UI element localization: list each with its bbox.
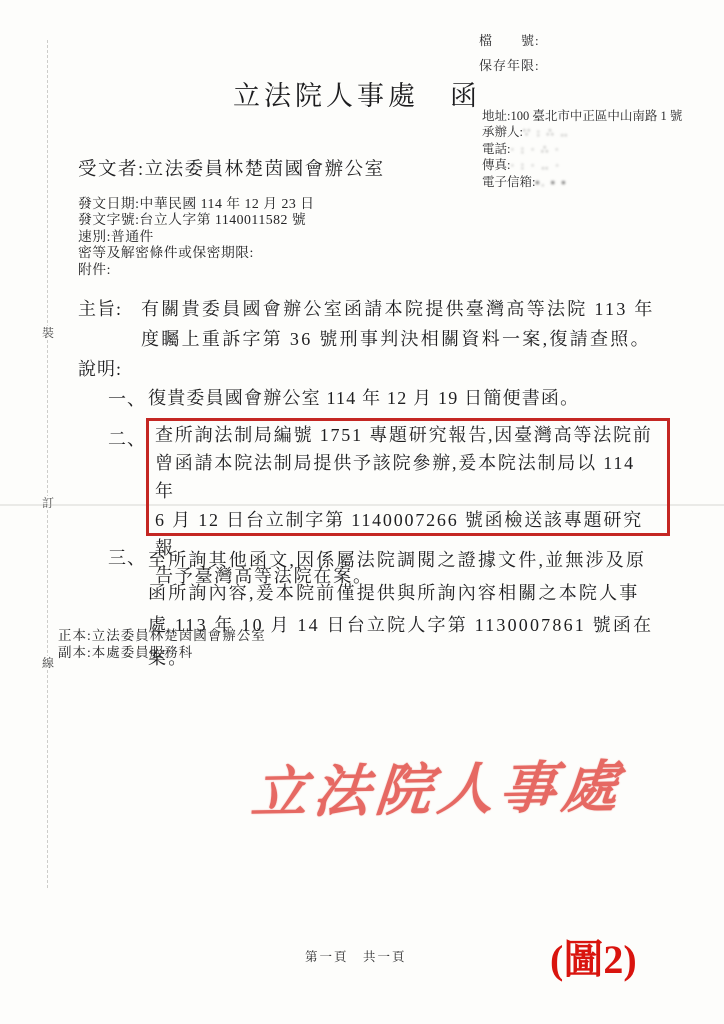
address-line: 地址:100 臺北市中正區中山南路 1 號 (482, 109, 682, 125)
binding-char-ding: 訂 (38, 496, 58, 510)
attachment-line: 附件: (78, 262, 315, 278)
email-label: 電子信箱: (482, 175, 535, 189)
subject-row: 主旨: 有關貴委員國會辦公室函請本院提供臺灣高等法院 113 年 度矚上重訴字第… (78, 295, 671, 354)
binding-dashed-line (47, 40, 48, 888)
phone-row: 電話:· : · ∴ · (482, 142, 682, 159)
explanation-item-1: 一、 復貴委員國會辦公室 114 年 12 月 19 日簡便書函。 (108, 385, 579, 411)
document-title: 立法院人事處 函 (0, 74, 714, 113)
phone-redacted: · : · ∴ · (510, 144, 560, 156)
explanation-label: 說明: (78, 355, 122, 381)
figure-2-label: (圖2) (550, 928, 637, 985)
email-row: 電子信箱:▪. ▪ ▪ (482, 175, 682, 192)
issue-date-line: 發文日期:中華民國 114 年 12 月 23 日 (78, 196, 315, 212)
email-redacted: ▪. ▪ ▪ (535, 177, 567, 189)
fax-row: 傳真:· : · ‥ · (482, 158, 682, 175)
subject-text: 有關貴委員國會辦公室函請本院提供臺灣高等法院 113 年 度矚上重訴字第 36 … (141, 295, 671, 354)
binding-char-zhuang: 裝 (38, 326, 58, 340)
phone-label: 電話: (482, 142, 510, 156)
recipient-line: 受文者:立法委員林楚茵國會辦公室 (78, 155, 385, 181)
red-highlight-box: 查所詢法制局編號 1751 專題研究報告,因臺灣高等法院前 曾函請本院法制局提供… (146, 418, 670, 536)
scanned-letter-page: 裝 訂 線 檔 號: 保存年限: 立法院人事處 函 地址:100 臺北市中正區中… (0, 0, 724, 1024)
subject-label: 主旨: (78, 295, 141, 354)
security-class-line: 密等及解密條件或保密期限: (78, 245, 315, 261)
original-copy-line: 正本:立法委員林楚茵國會辦公室 (58, 628, 266, 645)
issue-number-line: 發文字號:台立人字第 1140011582 號 (78, 212, 315, 228)
cc-copy-line: 副本:本處委員服務科 (58, 645, 266, 662)
item-2-number: 二、 (108, 425, 146, 451)
item-1-number: 一、 (108, 385, 148, 411)
binding-char-xian: 線 (38, 656, 58, 670)
archive-labels: 檔 號: 保存年限: (479, 28, 540, 78)
contact-person-redacted: ∵ : ∴ ‥ (523, 127, 570, 139)
page-number: 第一頁 共一頁 (305, 947, 407, 965)
contact-info-block: 地址:100 臺北市中正區中山南路 1 號 承辦人:∵ : ∴ ‥ 電話:· :… (482, 109, 682, 192)
speed-class-line: 速別:普通件 (78, 229, 315, 245)
contact-person-label: 承辦人: (482, 125, 523, 139)
office-stamp: 立法院人事處 (249, 743, 628, 830)
document-meta-block: 發文日期:中華民國 114 年 12 月 23 日 發文字號:台立人字第 114… (78, 196, 315, 278)
contact-person-row: 承辦人:∵ : ∴ ‥ (482, 125, 682, 142)
fax-redacted: · : · ‥ · (510, 160, 560, 172)
fax-label: 傳真: (482, 158, 510, 172)
copies-block: 正本:立法委員林楚茵國會辦公室 副本:本處委員服務科 (58, 628, 266, 662)
item-1-text: 復貴委員國會辦公室 114 年 12 月 19 日簡便書函。 (148, 385, 579, 411)
file-number-label: 檔 號: (479, 28, 540, 53)
